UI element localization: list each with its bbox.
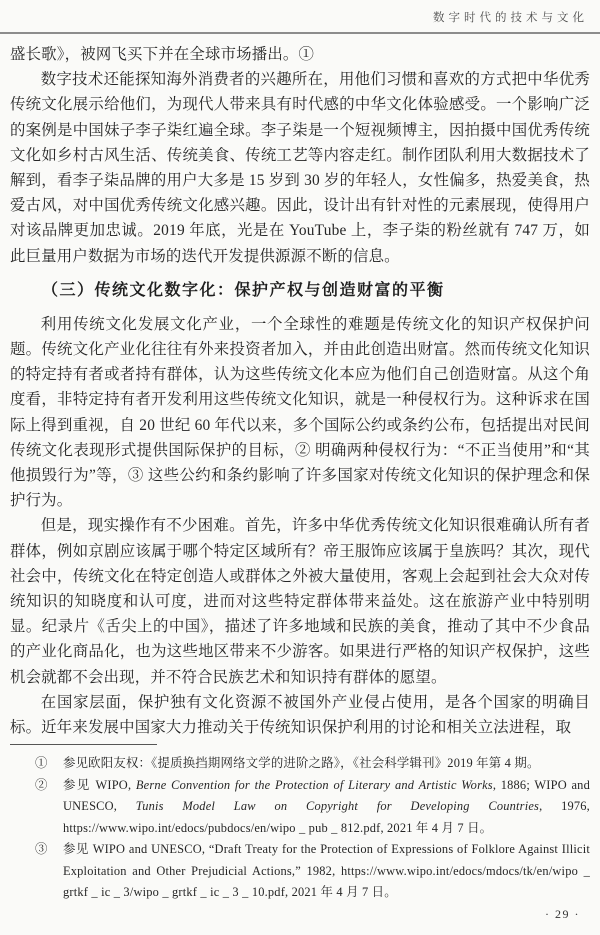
running-header: 数字时代的技术与文化 [433,9,588,25]
paragraph: 利用传统文化发展文化产业，一个全球性的难题是传统文化的知识产权保护问题。传统文化… [10,312,590,514]
footnote: ③ 参见 WIPO and UNESCO, “Draft Treaty for … [10,839,590,904]
page-number: · 29 · [545,907,580,922]
footnote-marker: ② [35,775,48,797]
paragraph: 在国家层面，保护独有文化资源不被国外产业侵占使用，是各个国家的明确目标。近年来发… [10,690,590,740]
header-rule [0,32,600,34]
running-header-title: 数字时代的技术与文化 [433,12,588,24]
footnote-text: 参见 WIPO, Berne Convention for the Protec… [63,778,590,835]
footnote: ② 参见 WIPO, Berne Convention for the Prot… [10,775,590,840]
paragraph: 数字技术还能探知海外消费者的兴趣所在，用他们习惯和喜欢的方式把中华优秀传统文化展… [10,67,590,269]
footnote: ① 参见欧阳友权：《提质换挡期网络文学的进阶之路》，《社会科学辑刊》2019 年… [10,753,590,775]
footnote-text: 参见 WIPO and UNESCO, “Draft Treaty for th… [63,842,590,899]
paragraph: 但是，现实操作有不少困难。首先，许多中华优秀传统文化知识很难确认所有者群体，例如… [10,513,590,689]
page-body: 盛长歌》，被网飞买下并在全球市场播出。① 数字技术还能探知海外消费者的兴趣所在，… [10,42,590,740]
book-page: 数字时代的技术与文化 盛长歌》，被网飞买下并在全球市场播出。① 数字技术还能探知… [0,0,600,935]
footnote-marker: ① [35,753,48,775]
footnote-text: 参见欧阳友权：《提质换挡期网络文学的进阶之路》，《社会科学辑刊》2019 年第 … [63,756,540,770]
footnotes: ① 参见欧阳友权：《提质换挡期网络文学的进阶之路》，《社会科学辑刊》2019 年… [10,753,590,904]
section-heading: （三）传统文化数字化：保护产权与创造财富的平衡 [10,278,590,303]
footnote-separator [10,744,157,745]
footnote-marker: ③ [35,839,48,861]
paragraph-continuation: 盛长歌》，被网飞买下并在全球市场播出。① [10,42,590,67]
